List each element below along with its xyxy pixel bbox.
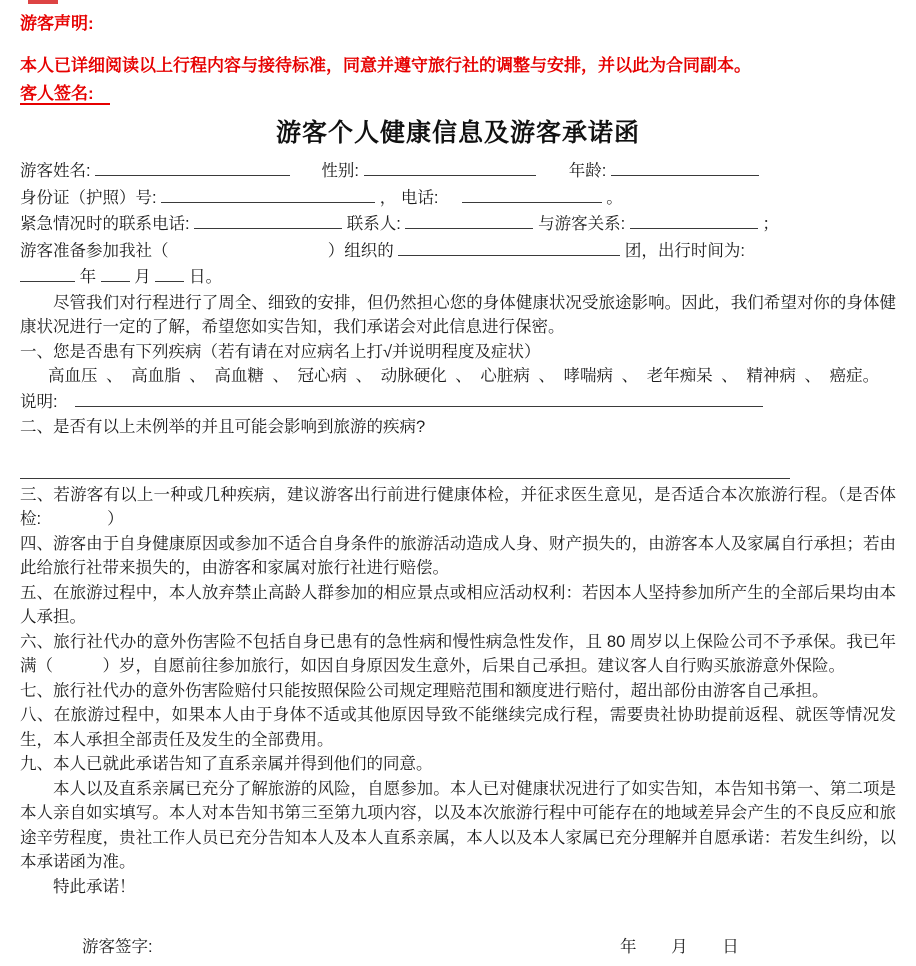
group-close-label: ）组织的 bbox=[328, 242, 394, 260]
guest-signature-label[interactable]: 客人签名: bbox=[20, 84, 110, 105]
clause-2-answer-blank[interactable] bbox=[20, 440, 790, 479]
date-day-blank[interactable] bbox=[155, 265, 184, 283]
tour-group-blank[interactable] bbox=[398, 238, 620, 256]
relation-label: 与游客关系: bbox=[538, 215, 625, 233]
promise-line: 特此承诺！ bbox=[20, 875, 896, 900]
contact-label: 联系人: bbox=[347, 215, 401, 233]
day-label: 日 bbox=[722, 938, 739, 956]
explanation-line: 说明: bbox=[20, 389, 896, 416]
clause-3: 三、若游客有以上一种或几种疾病，建议游客出行前进行健康体检，并征求医生意见，是否… bbox=[20, 483, 896, 532]
comma-text: ， bbox=[380, 189, 397, 207]
form-title: 游客个人健康信息及游客承诺函 bbox=[20, 117, 896, 149]
month-label: 月 bbox=[134, 268, 151, 286]
agency-name-gap[interactable] bbox=[173, 239, 323, 256]
group-suffix-label: 团，出行时间为: bbox=[625, 242, 745, 260]
gender-blank[interactable] bbox=[364, 159, 536, 177]
name-blank[interactable] bbox=[95, 159, 290, 177]
clause-1: 一、您是否患有下列疾病（若有请在对应病名上打√并说明程度及症状） bbox=[20, 340, 896, 365]
declaration-signature-line: 客人签名: bbox=[20, 83, 896, 105]
year-label: 年 bbox=[80, 268, 97, 286]
date-labels: 年 月 日 bbox=[620, 935, 739, 960]
phone-blank[interactable] bbox=[462, 185, 602, 203]
explanation-blank[interactable] bbox=[75, 389, 763, 407]
form-line-name-gender-age: 游客姓名: 性别: 年龄: bbox=[20, 158, 896, 185]
intro-paragraph: 尽管我们对行程进行了周全、细致的安排，但仍然担心您的身体健康状况受旅途影响。因此… bbox=[20, 291, 896, 340]
semicolon-text: ； bbox=[762, 215, 779, 233]
emergency-phone-label: 紧急情况时的联系电话: bbox=[20, 215, 190, 233]
relation-blank[interactable] bbox=[630, 212, 758, 230]
gender-label: 性别: bbox=[321, 162, 359, 180]
spacer bbox=[295, 160, 317, 177]
spacer bbox=[540, 160, 564, 177]
spacer bbox=[62, 390, 70, 407]
age-blank[interactable] bbox=[611, 159, 759, 177]
name-label: 游客姓名: bbox=[20, 162, 91, 180]
declaration-heading: 游客声明: bbox=[20, 13, 896, 35]
year-label: 年 bbox=[620, 938, 637, 956]
emergency-phone-blank[interactable] bbox=[194, 212, 342, 230]
id-number-blank[interactable] bbox=[161, 185, 375, 203]
clause-8: 八、在旅游过程中，如果本人由于身体不适或其他原因导致不能继续完成行程，需要贵社协… bbox=[20, 703, 896, 752]
contact-person-blank[interactable] bbox=[405, 212, 533, 230]
tourist-signature-label[interactable]: 游客签字: bbox=[82, 938, 153, 956]
clause-4: 四、游客由于自身健康原因或参加不适合自身条件的旅游活动造成人身、财产损失的，由游… bbox=[20, 532, 896, 581]
date-year-blank[interactable] bbox=[20, 265, 75, 283]
age-label: 年龄: bbox=[569, 162, 607, 180]
clause-6: 六、旅行社代办的意外伤害险不包括自身已患有的急性病和慢性病急性发作，且 80 周… bbox=[20, 630, 896, 679]
group-prefix-label: 游客准备参加我社（ bbox=[20, 242, 169, 260]
form-line-emergency-contact: 紧急情况时的联系电话: 联系人: 与游客关系: ； bbox=[20, 211, 896, 238]
clause-5: 五、在旅游过程中，本人放弃禁止高龄人群参加的相应景点或相应活动权利：若因本人坚持… bbox=[20, 581, 896, 630]
form-line-tour-group: 游客准备参加我社（ ）组织的 团，出行时间为: bbox=[20, 238, 896, 265]
phone-label: 电话: bbox=[401, 189, 439, 207]
closing-paragraph: 本人以及直系亲属已充分了解旅游的风险，自愿参加。本人已对健康状况进行了如实告知，… bbox=[20, 777, 896, 875]
clause-9: 九、本人已就此承诺告知了直系亲属并得到他们的同意。 bbox=[20, 752, 896, 777]
form-line-departure-date: 年 月 日。 bbox=[20, 264, 896, 291]
cropped-red-text-fragment bbox=[28, 0, 58, 4]
id-label: 身份证（护照）号: bbox=[20, 189, 157, 207]
month-label: 月 bbox=[671, 938, 688, 956]
document-page: 游客声明: 本人已详细阅读以上行程内容与接待标准，同意并遵守旅行社的调整与安排，… bbox=[0, 0, 916, 961]
explanation-label: 说明: bbox=[20, 393, 58, 411]
signature-row: 游客签字: 年 月 日 bbox=[20, 935, 896, 961]
spacer bbox=[443, 186, 457, 203]
form-line-id-phone: 身份证（护照）号: ， 电话: 。 bbox=[20, 185, 896, 212]
disease-list: 高血压 、 高血脂 、 高血糖 、 冠心病 、 动脉硬化 、 心脏病 、 哮喘病… bbox=[20, 364, 896, 389]
day-label: 日。 bbox=[189, 268, 222, 286]
date-month-blank[interactable] bbox=[101, 265, 130, 283]
clause-2: 二、是否有以上未例举的并且可能会影响到旅游的疾病? bbox=[20, 415, 896, 440]
declaration-body: 本人已详细阅读以上行程内容与接待标准，同意并遵守旅行社的调整与安排，并以此为合同… bbox=[20, 55, 896, 77]
period-text: 。 bbox=[606, 189, 623, 207]
clause-7: 七、旅行社代办的意外伤害险赔付只能按照保险公司规定理赔范围和额度进行赔付，超出部… bbox=[20, 679, 896, 704]
